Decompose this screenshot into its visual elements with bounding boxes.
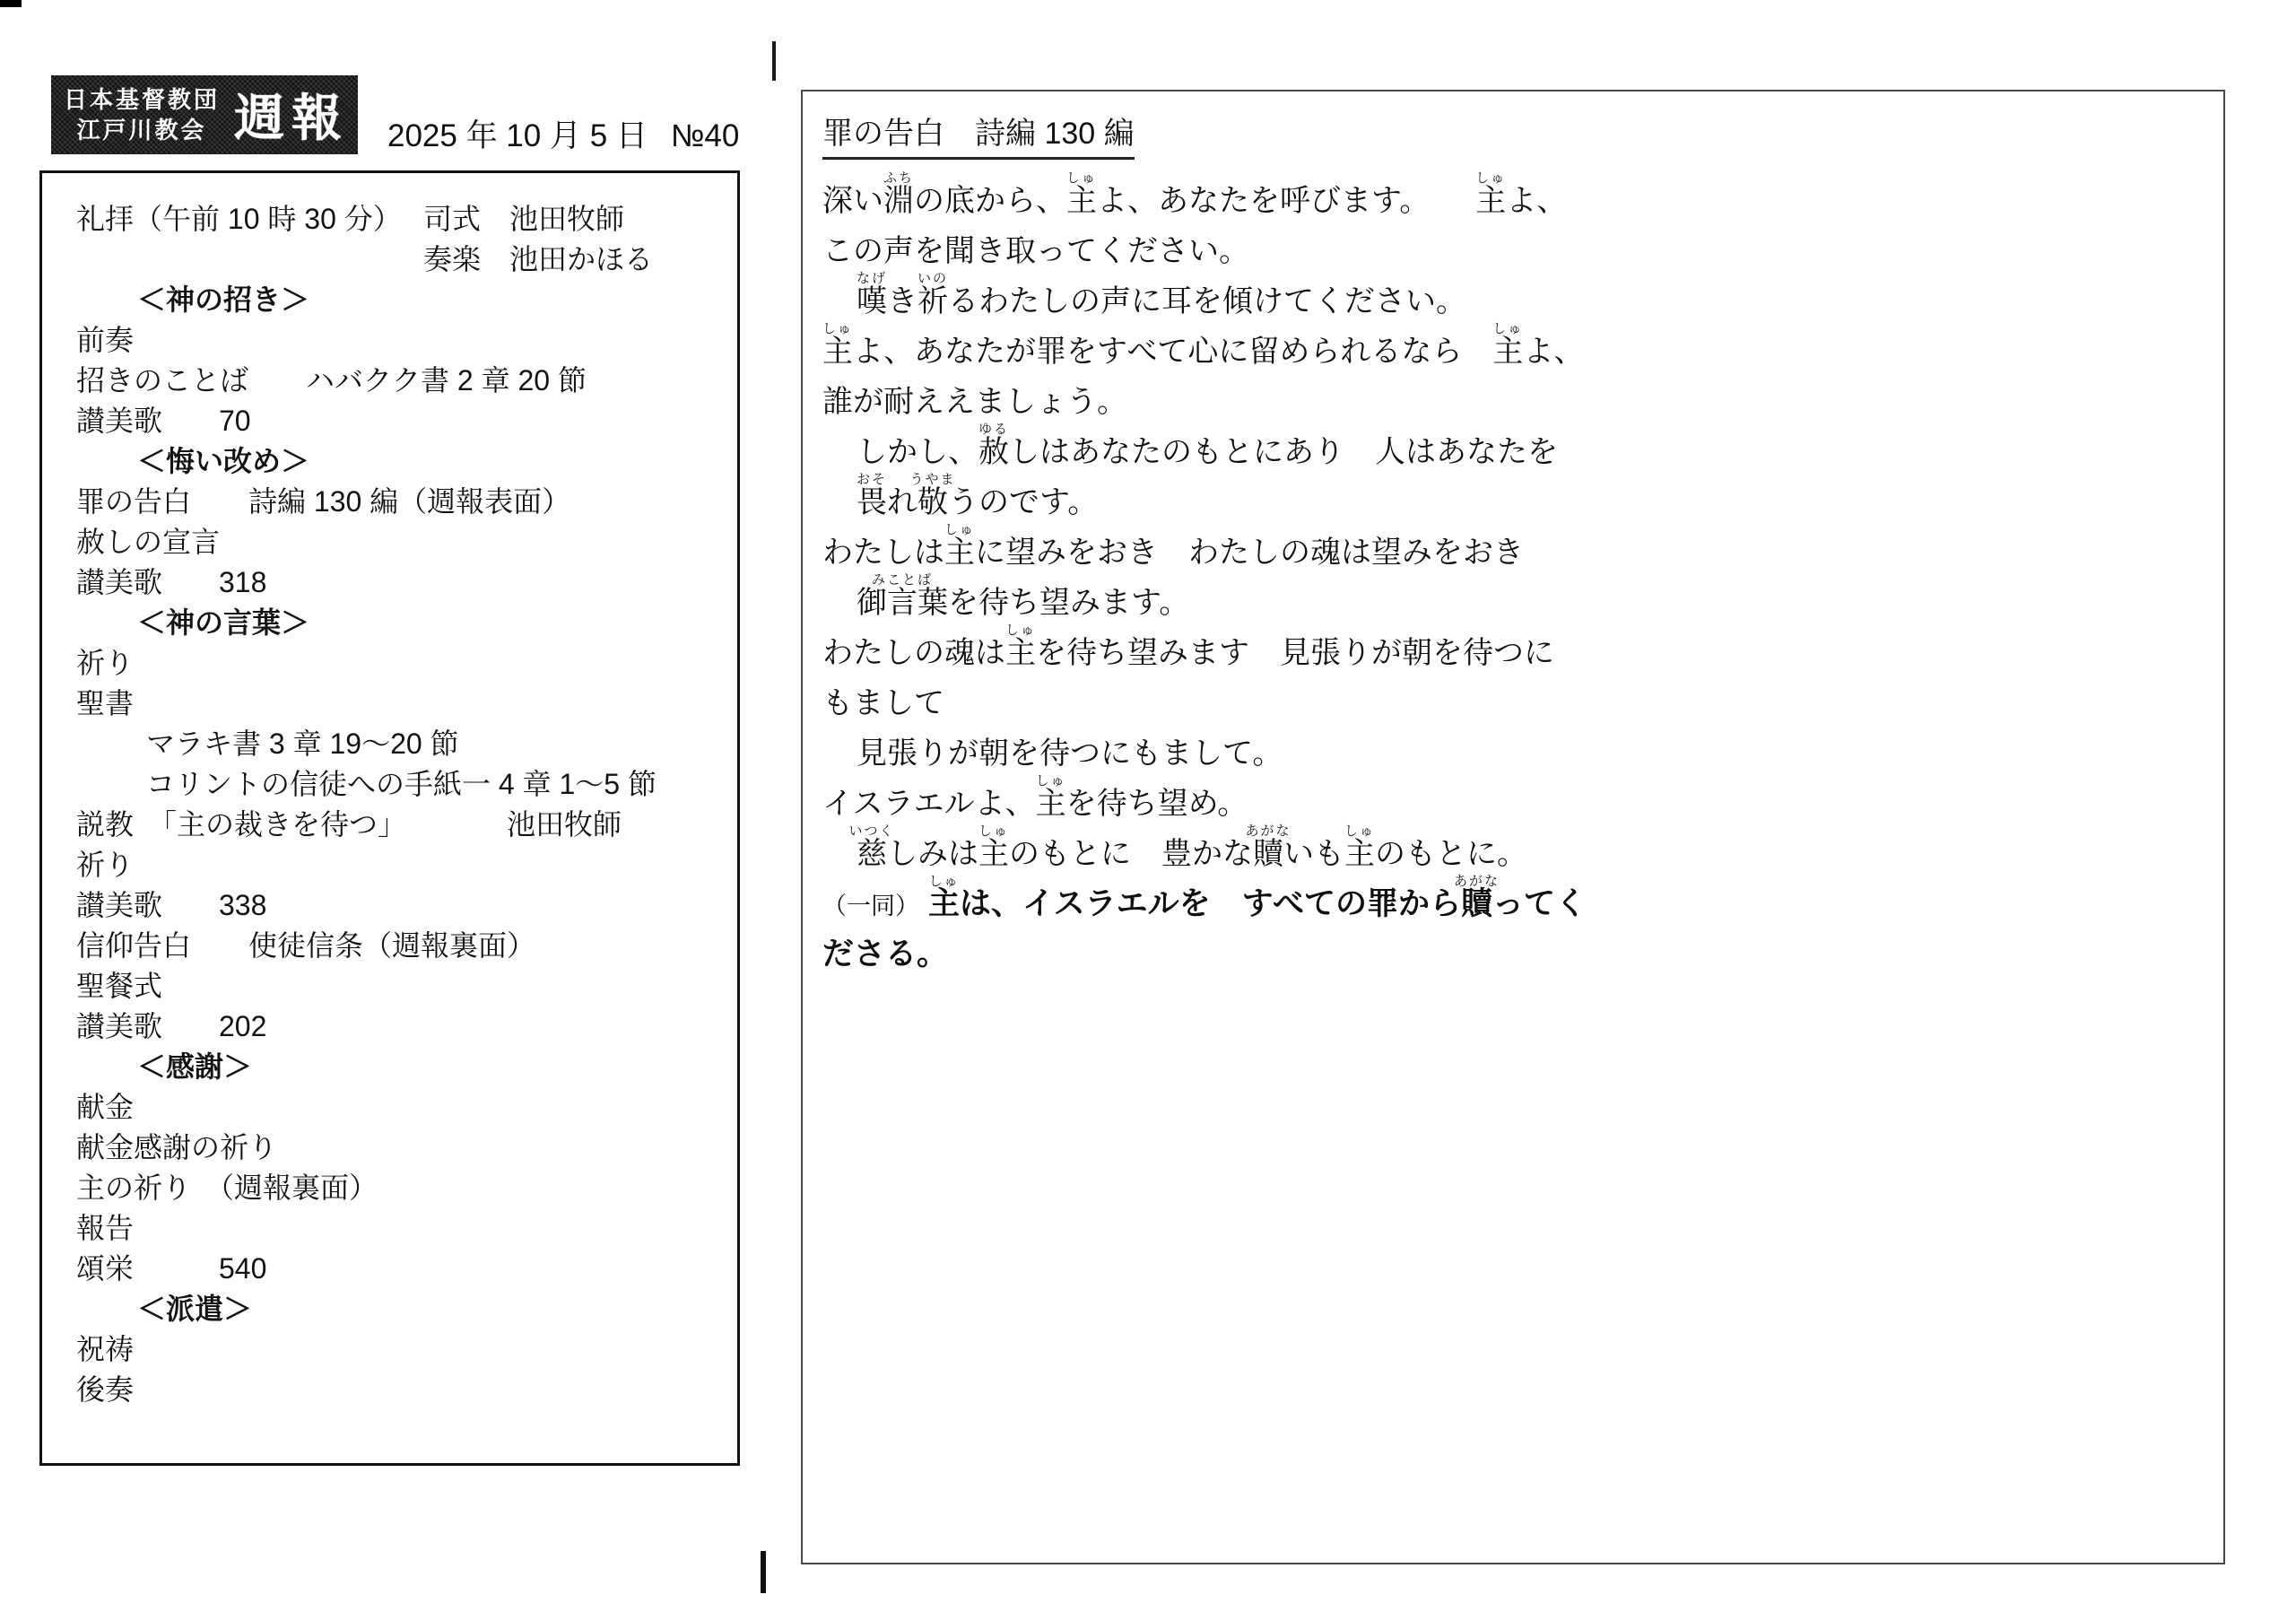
ruby-base: 主しゅ: [1344, 829, 1375, 879]
furigana: しゅ: [1036, 774, 1066, 788]
furigana: しゅ: [928, 875, 959, 888]
furigana: いつく: [848, 824, 894, 838]
order-row: 讃美歌70: [76, 401, 719, 441]
ruby-base: 畏おそ: [857, 477, 887, 527]
order-item-label: 礼拝（午前 10 時 30 分）: [76, 203, 402, 235]
psalm-line: この声を聞き取ってください。: [822, 226, 2202, 276]
ruby-base: 主しゅ: [822, 327, 853, 377]
order-item-label: 報告: [76, 1212, 134, 1244]
order-item-label: 讃美歌: [76, 889, 162, 921]
order-row: 信仰告白 使徒信条（週報裏面）: [76, 926, 719, 966]
ruby-base: 主しゅ: [928, 879, 960, 929]
order-row: 前奏: [76, 320, 719, 361]
order-item-label: 献金感謝の祈り: [76, 1131, 277, 1163]
order-item-label: 讃美歌: [76, 566, 162, 598]
furigana: ふち: [883, 171, 914, 185]
scan-corner-artifact: [0, 0, 22, 7]
furigana: しゅ: [1475, 171, 1506, 185]
order-item-label: 後奏: [76, 1373, 134, 1406]
ruby-base: 赦ゆる: [978, 427, 1009, 477]
ruby-base: 主しゅ: [1036, 779, 1066, 829]
order-row: 讃美歌318: [76, 562, 719, 603]
order-row: 説教 「主の裁きを待つ」池田牧師: [76, 805, 719, 845]
furigana: ゆる: [978, 423, 1009, 436]
order-item-label: 讃美歌: [76, 1010, 162, 1042]
order-row: 礼拝（午前 10 時 30 分）司式 池田牧師: [76, 199, 719, 240]
ruby-base: 贖あがな: [1461, 879, 1492, 929]
psalm-line: （一同）主しゅは、イスラエルを すべての罪から贖あがなってく: [822, 879, 2202, 929]
officiant-label: 司式 池田牧師: [423, 199, 624, 240]
psalm-line: イスラエルよ、主しゅを待ち望め。: [822, 779, 2202, 829]
order-row: 讃美歌202: [76, 1006, 719, 1047]
ruby-base: 御言葉みことば: [857, 578, 948, 628]
ruby-base: 慈いつく: [857, 829, 887, 879]
church-name-plate: 日本基督教団 江戸川教会 週報: [51, 75, 358, 154]
order-item-label: マラキ書 3 章 19～20 節: [146, 728, 459, 760]
order-row: 赦しの宣言: [76, 522, 719, 562]
furigana: しゅ: [1492, 322, 1523, 335]
unison-prefix: （一同）: [822, 893, 919, 919]
order-item-label: コリントの信徒への手紙一 4 章 1～5 節: [146, 768, 657, 800]
psalm-line: ださる。: [822, 929, 2202, 980]
psalm-text: 深い淵ふちの底から、主しゅよ、あなたを呼びます。 主しゅよ、この声を聞き取ってく…: [822, 176, 2202, 980]
ruby-base: 主しゅ: [978, 829, 1009, 879]
congregation-name: 江戸川教会: [64, 115, 220, 145]
order-section-heading: ＜神の言葉＞: [76, 603, 719, 643]
fold-mark-bottom: [761, 1551, 766, 1593]
furigana: あがな: [1245, 824, 1291, 838]
hymn-number: 70: [219, 401, 251, 441]
order-row: 祝祷: [76, 1329, 719, 1370]
furigana: いの: [918, 272, 948, 285]
order-row: 招きのことば ハバクク書 2 章 20 節: [76, 361, 719, 401]
psalm-line: 主しゅよ、あなたが罪をすべて心に留められるなら 主しゅよ、: [822, 327, 2202, 377]
order-row: 讃美歌338: [76, 885, 719, 926]
psalm-line: 見張りが朝を待つにもまして。: [822, 728, 2202, 779]
officiant-label: 奏楽 池田かほる: [423, 240, 653, 280]
order-item-label: 主の祈り （週報裏面）: [76, 1172, 378, 1204]
order-item-label: 前奏: [76, 324, 134, 356]
ruby-base: 贖あがな: [1253, 829, 1283, 879]
issue-number: №40: [671, 118, 739, 153]
order-row: 罪の告白 詩編 130 編（週報表面）: [76, 482, 719, 522]
order-item-label: 聖餐式: [76, 970, 162, 1002]
order-row: 報告: [76, 1208, 719, 1249]
order-item-label: 聖書: [76, 687, 134, 719]
preacher-name: 池田牧師: [507, 805, 622, 845]
order-row: 聖餐式: [76, 966, 719, 1006]
service-order-panel: 礼拝（午前 10 時 30 分）司式 池田牧師奏楽 池田かほる＜神の招き＞前奏招…: [39, 170, 740, 1466]
order-item-label: 讃美歌: [76, 405, 162, 437]
ruby-base: 淵ふち: [883, 176, 914, 226]
order-section-heading: ＜悔い改め＞: [76, 441, 719, 482]
psalm-line: わたしは主しゅに望みをおき わたしの魂は望みをおき: [822, 527, 2202, 578]
denomination-name: 日本基督教団: [64, 84, 220, 115]
psalm-line: わたしの魂は主しゅを待ち望みます 見張りが朝を待つに: [822, 628, 2202, 678]
psalm-line: 慈いつくしみは主しゅのもとに 豊かな贖あがないも主しゅのもとに。: [822, 829, 2202, 879]
order-item-label: ＜感謝＞: [137, 1050, 252, 1083]
order-item-label: 祈り: [76, 647, 134, 679]
order-row: 奏楽 池田かほる: [76, 240, 719, 280]
order-section-heading: ＜神の招き＞: [76, 280, 719, 320]
order-item-label: ＜悔い改め＞: [137, 445, 309, 477]
furigana: みことば: [872, 573, 933, 587]
order-row: 聖書: [76, 684, 719, 724]
psalm-line: しかし、赦ゆるしはあなたのもとにあり 人はあなたを: [822, 427, 2202, 477]
ruby-base: 主しゅ: [1005, 628, 1036, 678]
order-item-label: 罪の告白 詩編 130 編（週報表面）: [76, 485, 570, 518]
order-item-label: 献金: [76, 1091, 134, 1123]
furigana: あがな: [1454, 875, 1500, 888]
order-row: 頌栄540: [76, 1249, 719, 1289]
psalm-panel: 罪の告白 詩編 130 編 深い淵ふちの底から、主しゅよ、あなたを呼びます。 主…: [801, 90, 2225, 1564]
bulletin-title: 週報: [234, 79, 349, 151]
order-item-label: ＜神の招き＞: [137, 283, 309, 316]
psalm-line: もまして: [822, 678, 2202, 728]
church-name: 日本基督教団 江戸川教会: [64, 84, 220, 145]
furigana: しゅ: [1066, 171, 1097, 185]
furigana: しゅ: [1005, 623, 1036, 637]
ruby-base: 祈いの: [918, 276, 948, 327]
psalm-line: 深い淵ふちの底から、主しゅよ、あなたを呼びます。 主しゅよ、: [822, 176, 2202, 226]
order-row: 献金感謝の祈り: [76, 1128, 719, 1168]
furigana: おそ: [857, 473, 887, 486]
ruby-base: 主しゅ: [1475, 176, 1506, 226]
order-item-label: 祈り: [76, 849, 134, 881]
hymn-number: 338: [219, 885, 266, 926]
ruby-base: 主しゅ: [1492, 327, 1523, 377]
order-row: 後奏: [76, 1370, 719, 1410]
psalm-line: 畏おそれ敬うやまうのです。: [822, 477, 2202, 527]
furigana: うやま: [909, 473, 955, 486]
furigana: しゅ: [978, 824, 1009, 838]
order-row: 祈り: [76, 845, 719, 885]
furigana: しゅ: [1344, 824, 1375, 838]
order-item-label: ＜神の言葉＞: [137, 606, 309, 639]
hymn-number: 202: [219, 1006, 266, 1047]
ruby-base: 嘆なげ: [857, 276, 887, 327]
furigana: なげ: [857, 272, 887, 285]
order-item-label: 招きのことば ハバクク書 2 章 20 節: [76, 364, 587, 396]
hymn-number: 540: [219, 1249, 266, 1289]
issue-date: 2025 年 10 月 5 日: [387, 118, 648, 153]
order-row: 献金: [76, 1087, 719, 1128]
order-item-label: 赦しの宣言: [76, 526, 220, 558]
hymn-number: 318: [219, 562, 266, 603]
psalm-heading: 罪の告白 詩編 130 編: [822, 118, 1135, 160]
ruby-base: 主しゅ: [1066, 176, 1097, 226]
order-item-label: ＜派遣＞: [137, 1293, 252, 1325]
issue-dateline: 2025 年 10 月 5 日№40: [387, 111, 739, 156]
psalm-line: 嘆なげき祈いのるわたしの声に耳を傾けてください。: [822, 276, 2202, 327]
bulletin-page: 日本基督教団 江戸川教会 週報 2025 年 10 月 5 日№40 礼拝（午前…: [0, 0, 2296, 1612]
psalm-line: 誰が耐ええましょう。: [822, 377, 2202, 427]
order-item-label: 祝祷: [76, 1333, 134, 1365]
order-row: 主の祈り （週報裏面）: [76, 1168, 719, 1208]
ruby-base: 敬うやま: [918, 477, 948, 527]
psalm-line: 御言葉みことばを待ち望みます。: [822, 578, 2202, 628]
order-section-heading: ＜感謝＞: [76, 1047, 719, 1087]
order-row: 祈り: [76, 643, 719, 684]
order-row: コリントの信徒への手紙一 4 章 1～5 節: [76, 764, 719, 805]
order-section-heading: ＜派遣＞: [76, 1289, 719, 1329]
order-row: マラキ書 3 章 19～20 節: [76, 724, 719, 764]
fold-mark-top: [772, 41, 776, 81]
furigana: しゅ: [822, 322, 853, 335]
order-item-label: 頌栄: [76, 1252, 134, 1285]
furigana: しゅ: [944, 523, 975, 536]
order-item-label: 信仰告白 使徒信条（週報裏面）: [76, 929, 535, 962]
order-item-label: 説教 「主の裁きを待つ」: [76, 808, 406, 841]
ruby-base: 主しゅ: [944, 527, 975, 578]
